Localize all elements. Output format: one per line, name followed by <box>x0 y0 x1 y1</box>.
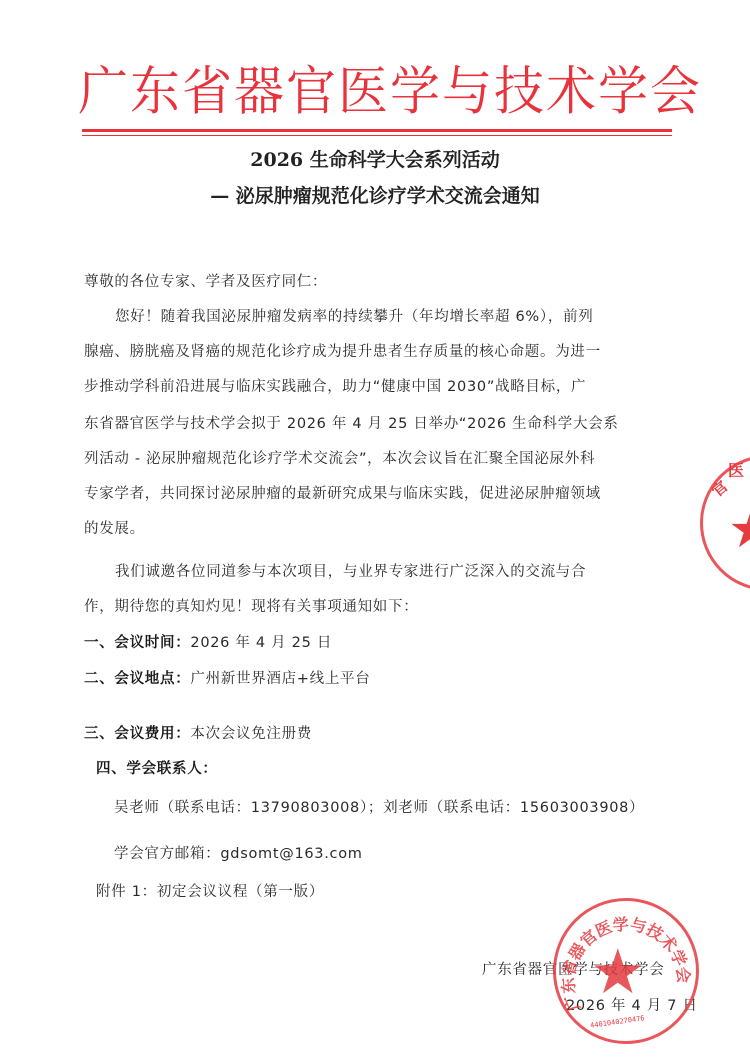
para1-line: 列活动 - 泌尿肿瘤规范化诊疗学术交流会”，本次会议旨在汇聚全国泌尿外科 <box>84 447 595 468</box>
svg-text:广东省器官医学与技术学会: 广东省器官医学与技术学会 <box>559 914 694 1013</box>
para1-line: 腺癌、膀胱癌及肾癌的规范化诊疗成为提升患者生存质量的核心命题。为进一 <box>84 340 601 361</box>
para1-line: 的发展。 <box>84 517 145 538</box>
para1-line: 您好！随着我国泌尿肿瘤发病率的持续攀升（年均增长率超 6%），前列 <box>115 305 593 326</box>
letterhead-org-title: 广东省器官医学与技术学会 <box>78 61 678 122</box>
para1-line: 东省器官医学与技术学会拟于 2026 年 4 月 25 日举办“2026 生命科… <box>84 412 619 433</box>
notice-title-line2: — 泌尿肿瘤规范化诊疗学术交流会通知 <box>0 182 750 210</box>
notice-title-line1: 2026 生命科学大会系列活动 <box>0 146 750 174</box>
letterhead-rule-thick <box>82 129 672 132</box>
para1-line: 专家学者，共同探讨泌尿肿瘤的最新研究成果与临床实践，促进泌尿肿瘤领域 <box>84 482 601 503</box>
salutation: 尊敬的各位专家、学者及医疗同仁： <box>84 270 327 291</box>
seal-arc-text: 广东省器官医学与技术学会 <box>553 898 699 1044</box>
para2-line: 我们诚邀各位同道参与本次项目，与业界专家进行广泛深入的交流与合 <box>115 560 586 581</box>
item-meeting-fee: 三、会议费用：本次会议免注册费 <box>84 722 312 743</box>
item-value: 本次会议免注册费 <box>190 726 312 742</box>
item-value: 2026 年 4 月 25 日 <box>190 635 332 651</box>
attachment-note: 附件 1：初定会议议程（第一版） <box>96 880 324 901</box>
para2-line: 作，期待您的真知灼见！现将有关事项通知如下： <box>84 595 418 616</box>
item-meeting-time: 一、会议时间：2026 年 4 月 25 日 <box>84 631 332 652</box>
notice-document: 广东省器官医学与技术学会 2026 生命科学大会系列活动 — 泌尿肿瘤规范化诊疗… <box>0 0 750 1061</box>
item-value: 广州新世界酒店+线上平台 <box>190 671 370 687</box>
letterhead-rule-thin <box>82 135 672 136</box>
contact-email: 学会官方邮箱：gdsomt@163.com <box>114 842 363 863</box>
item-meeting-location: 二、会议地点：广州新世界酒店+线上平台 <box>84 667 370 688</box>
item-label: 二、会议地点： <box>84 671 190 687</box>
item-label: 一、会议时间： <box>84 635 190 651</box>
item-label: 三、会议费用： <box>84 726 190 742</box>
item-contact-label: 四、学会联系人： <box>96 757 218 778</box>
contact-phones: 吴老师（联系电话：13790803008）；刘老师（联系电话：156030039… <box>114 796 644 817</box>
para1-line: 步推动学科前沿进展与临床实践融合，助力“健康中国 2030”战略目标，广 <box>84 375 586 396</box>
seal-partial-text: 医 <box>728 458 744 481</box>
seal-star-icon: ★ <box>728 500 750 560</box>
